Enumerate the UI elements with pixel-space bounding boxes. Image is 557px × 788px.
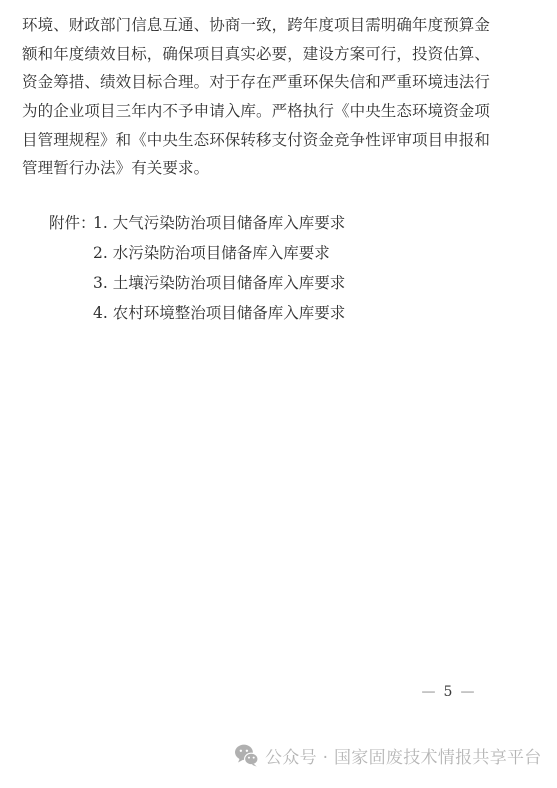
paragraph-line: 为的企业项目三年内不予申请入库。严格执行《中央生态环境资金项 xyxy=(22,97,489,126)
paragraph-line: 管理暂行办法》有关要求。 xyxy=(22,154,489,183)
paragraph-line: 环境、财政部门信息互通、协商一致，跨年度项目需明确年度预算金 xyxy=(22,11,489,40)
attachment-item: 1. 大气污染防治项目储备库入库要求 xyxy=(93,214,345,232)
footer-watermark: 公众号 · 国家固废技术情报共享平台 xyxy=(235,743,542,768)
wechat-logo-icon xyxy=(235,744,258,767)
page-number: — 5 — xyxy=(408,683,488,701)
attachment-item: 4. 农村环境整治项目储备库入库要求 xyxy=(49,298,345,328)
attachment-row: 附件：1. 大气污染防治项目储备库入库要求 xyxy=(49,208,345,238)
paragraph-line: 额和年度绩效目标，确保项目真实必要，建设方案可行，投资估算、 xyxy=(22,40,489,69)
document-page: { "document": { "paragraph_lines": [ "环境… xyxy=(0,0,557,788)
page-number-dash-left: — xyxy=(422,684,436,700)
attachment-item: 2. 水污染防治项目储备库入库要求 xyxy=(49,238,345,268)
paragraph-line: 目管理规程》和《中央生态环保转移支付资金竞争性评审项目申报和 xyxy=(22,126,489,155)
attachments-label: 附件： xyxy=(49,208,93,238)
page-number-dash-right: — xyxy=(460,684,474,700)
page-number-value: 5 xyxy=(444,684,453,700)
body-paragraph: 环境、财政部门信息互通、协商一致，跨年度项目需明确年度预算金 额和年度绩效目标，… xyxy=(22,11,489,183)
attachment-item: 3. 土壤污染防治项目储备库入库要求 xyxy=(49,268,345,298)
watermark-text: 公众号 · 国家固废技术情报共享平台 xyxy=(265,743,542,768)
attachments-block: 附件：1. 大气污染防治项目储备库入库要求 2. 水污染防治项目储备库入库要求 … xyxy=(49,208,345,328)
paragraph-line: 资金筹措、绩效目标合理。对于存在严重环保失信和严重环境违法行 xyxy=(22,68,489,97)
